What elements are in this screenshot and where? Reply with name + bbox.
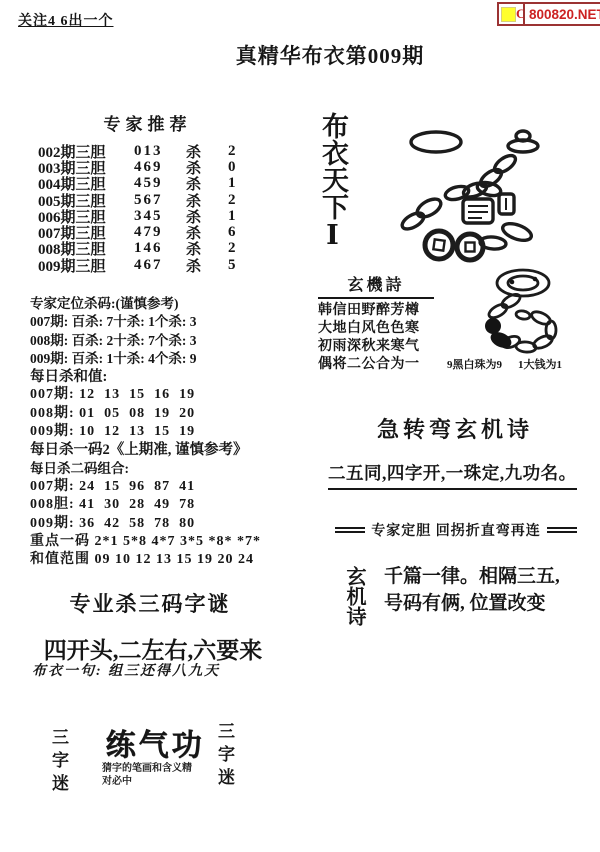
turn-poem-title: 急转弯玄机诗 xyxy=(310,413,600,444)
poem-line: 初雨深秋来寒气 xyxy=(318,338,434,356)
yellow-square-icon xyxy=(501,7,516,22)
site-url-text: 800820.NET xyxy=(523,2,600,26)
row-kill: 0 xyxy=(228,159,248,176)
row-kill: 5 xyxy=(228,257,248,274)
riddle-note: 猜字的笔画和含义精 对必中 xyxy=(102,762,222,788)
xuanji-line1: 千篇一律。相隔三五, xyxy=(384,563,594,590)
daily-sum-row: 009期: 10 12 13 15 19 xyxy=(30,420,300,438)
row-value: 479 xyxy=(134,224,186,241)
combo-header: 每日杀二码组合: xyxy=(30,457,300,475)
row-period: 009期三胆 xyxy=(38,255,134,276)
row-kill: 1 xyxy=(228,208,248,225)
expert-dingdan-line: 专家定胆 回拐折直弯再连 xyxy=(312,520,600,540)
key-one-row: 重点一码 2*1 5*8 4*7 3*5 *8* *7* xyxy=(30,530,300,548)
turn-poem-phrase: 二五同,四字开,一珠定,九功名。 xyxy=(328,460,577,490)
daily-sum-row: 007期: 12 13 15 16 19 xyxy=(30,383,300,401)
row-value: 146 xyxy=(134,240,186,257)
expert-dingdan-text: 专家定胆 回拐折直弯再连 xyxy=(371,520,541,540)
double-line-right xyxy=(547,527,577,533)
row-kill: 1 xyxy=(228,175,248,192)
xuanji-text: 千篇一律。相隔三五, 号码有俩, 位置改变 xyxy=(384,563,594,617)
kill-sections: 专家定位杀码:(谨慎参考) 007期: 百杀: 7十杀: 1个杀: 3 008期… xyxy=(30,292,300,566)
three-char-riddle-right: 三字迷 xyxy=(212,722,237,812)
row-kill: 6 xyxy=(228,224,248,241)
position-kill-row: 008期: 百杀: 2十杀: 7个杀: 3 xyxy=(30,329,300,347)
riddle-title: 专业杀三码字谜 xyxy=(25,588,275,618)
row-kill-label: 杀 xyxy=(186,255,228,276)
buyi-tianxia-vertical-title: 布衣天下Ⅰ xyxy=(318,112,348,272)
coin-bead-figure xyxy=(463,266,567,356)
combo-row: 008胆: 41 30 28 49 78 xyxy=(30,493,300,511)
riddle-answer-word: 练气功 xyxy=(98,720,212,764)
xuanji-vertical-label: 玄机诗 xyxy=(336,566,372,686)
scanned-lottery-sheet: 关注4 6出一个 C 800820.NET 真精华布衣第009期 专家推荐 00… xyxy=(0,0,600,852)
row-kill: 2 xyxy=(228,192,248,209)
xuanji-line2: 号码有俩, 位置改变 xyxy=(384,590,594,617)
buyi-sentence: 布衣一句: 组三还得八九天 xyxy=(32,660,220,680)
site-watermark-badge: C 800820.NET xyxy=(497,2,600,26)
double-line-left xyxy=(335,527,365,533)
row-value: 345 xyxy=(134,208,186,225)
combo-row: 007期: 24 15 96 87 41 xyxy=(30,475,300,493)
riddle-note-line1: 猜字的笔画和含义精 xyxy=(102,762,222,775)
expert-recommend-header: 专家推荐 xyxy=(30,110,265,135)
combo-row: 009期: 36 42 58 78 80 xyxy=(30,512,300,530)
position-kill-row: 009期: 百杀: 1十杀: 4个杀: 9 xyxy=(30,347,300,365)
expert-recommend-list: 002期三胆013杀2 003期三胆469杀0 004期三胆459杀1 005期… xyxy=(38,143,266,273)
caption-big-coin: 1大钱为1 xyxy=(518,356,562,372)
mystery-poem-header: 玄機詩 xyxy=(318,272,434,299)
mystery-poem: 玄機詩 韩信田野醉芳樽 大地白风色色寒 初雨深秋来寒气 偶将二公合为一 xyxy=(318,272,434,374)
page-title: 真精华布衣第009期 xyxy=(60,40,600,70)
sum-range-row: 和值范围 09 10 12 13 15 19 20 24 xyxy=(30,548,300,566)
poem-line: 大地白风色色寒 xyxy=(318,320,434,338)
row-value: 567 xyxy=(134,192,186,209)
daily-sum-header: 每日杀和值: xyxy=(30,365,300,383)
three-char-riddle-left: 三字迷 xyxy=(46,728,71,818)
position-kill-header: 专家定位杀码:(谨慎参考) xyxy=(30,292,300,310)
daily-one-header: 每日杀一码2《上期准, 谨慎参考》 xyxy=(30,438,300,456)
caption-black-white-beads: 9黑白珠为9 xyxy=(447,356,502,372)
row-value: 467 xyxy=(134,257,186,274)
coin-rebus-figure xyxy=(392,120,570,270)
row-kill: 2 xyxy=(228,240,248,257)
poem-line: 偶将二公合为一 xyxy=(318,356,434,374)
row-kill: 2 xyxy=(228,143,248,160)
top-left-note: 关注4 6出一个 xyxy=(18,10,114,30)
daily-sum-row: 008期: 01 05 08 19 20 xyxy=(30,402,300,420)
clipped-letter: C xyxy=(516,6,523,22)
riddle-note-line2: 对必中 xyxy=(102,775,222,788)
recommend-row: 009期三胆467杀5 xyxy=(38,257,266,273)
figure-captions: 9黑白珠为9 1大钱为1 xyxy=(447,356,600,372)
row-value: 013 xyxy=(134,143,186,160)
row-value: 459 xyxy=(134,175,186,192)
position-kill-row: 007期: 百杀: 7十杀: 1个杀: 3 xyxy=(30,310,300,328)
row-value: 469 xyxy=(134,159,186,176)
poem-line: 韩信田野醉芳樽 xyxy=(318,302,434,320)
